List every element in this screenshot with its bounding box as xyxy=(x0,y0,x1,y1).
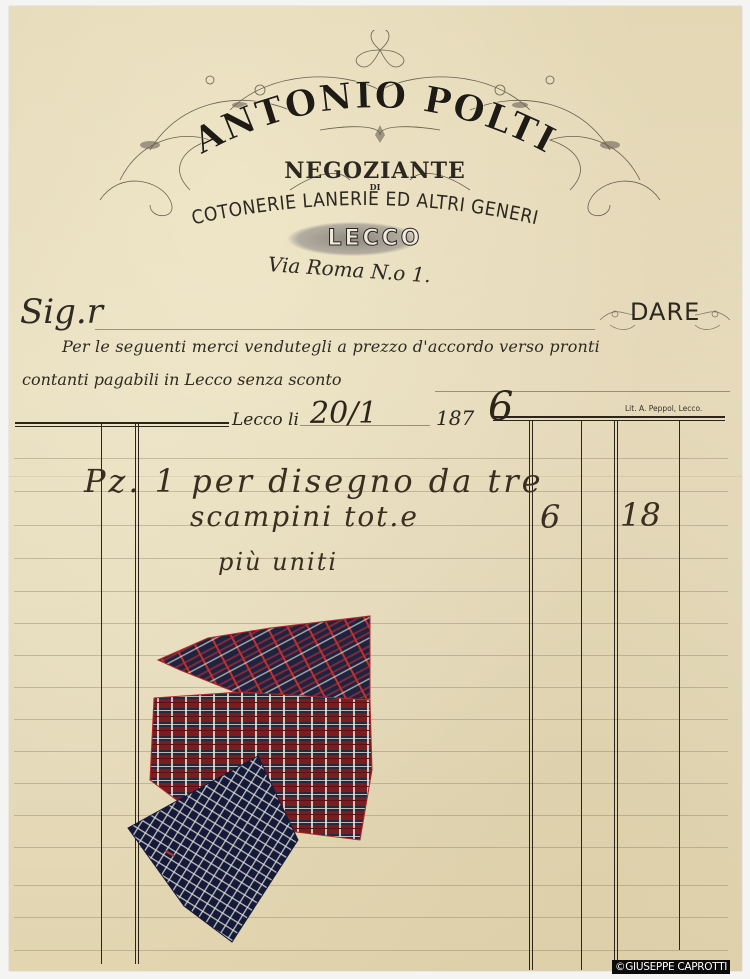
year-printed: 187 xyxy=(436,406,474,430)
entry-line-1: Pz. 1 per disegno da tre xyxy=(84,462,544,500)
salutation: Sig.r xyxy=(20,292,103,332)
copyright-icon: © xyxy=(615,961,625,973)
date-rule-left-thin xyxy=(15,426,229,427)
entry-amount-cents: 18 xyxy=(620,496,661,534)
table-header-rule-thin xyxy=(493,420,725,421)
customer-name-line xyxy=(95,329,595,330)
year-handwritten: 6 xyxy=(488,384,513,430)
terms-line-2: contanti pagabili in Lecco senza sconto xyxy=(22,370,342,389)
printer-credit: Lit. A. Peppol, Lecco. xyxy=(625,404,702,413)
terms-end-line xyxy=(435,391,730,392)
debit-heading: DARE xyxy=(630,298,700,326)
fabric-swatches xyxy=(120,610,390,950)
date-label: Lecco li xyxy=(232,410,299,430)
copyright-watermark: ©GIUSEPPE CAPROTTI xyxy=(612,960,730,974)
date-rule-left xyxy=(15,422,229,424)
svg-text:ANTONIO POLTI: ANTONIO POLTI xyxy=(186,74,564,163)
entry-amount-lire: 6 xyxy=(540,498,560,536)
merchant-city: LECCO xyxy=(0,226,750,251)
entry-line-2: scampini tot.e xyxy=(190,500,419,533)
terms-line-1: Per le seguenti merci vendutegli a prezz… xyxy=(62,337,600,356)
table-header-rule xyxy=(493,416,725,418)
date-fill-line xyxy=(300,425,430,426)
entry-line-3: più uniti xyxy=(218,548,338,576)
